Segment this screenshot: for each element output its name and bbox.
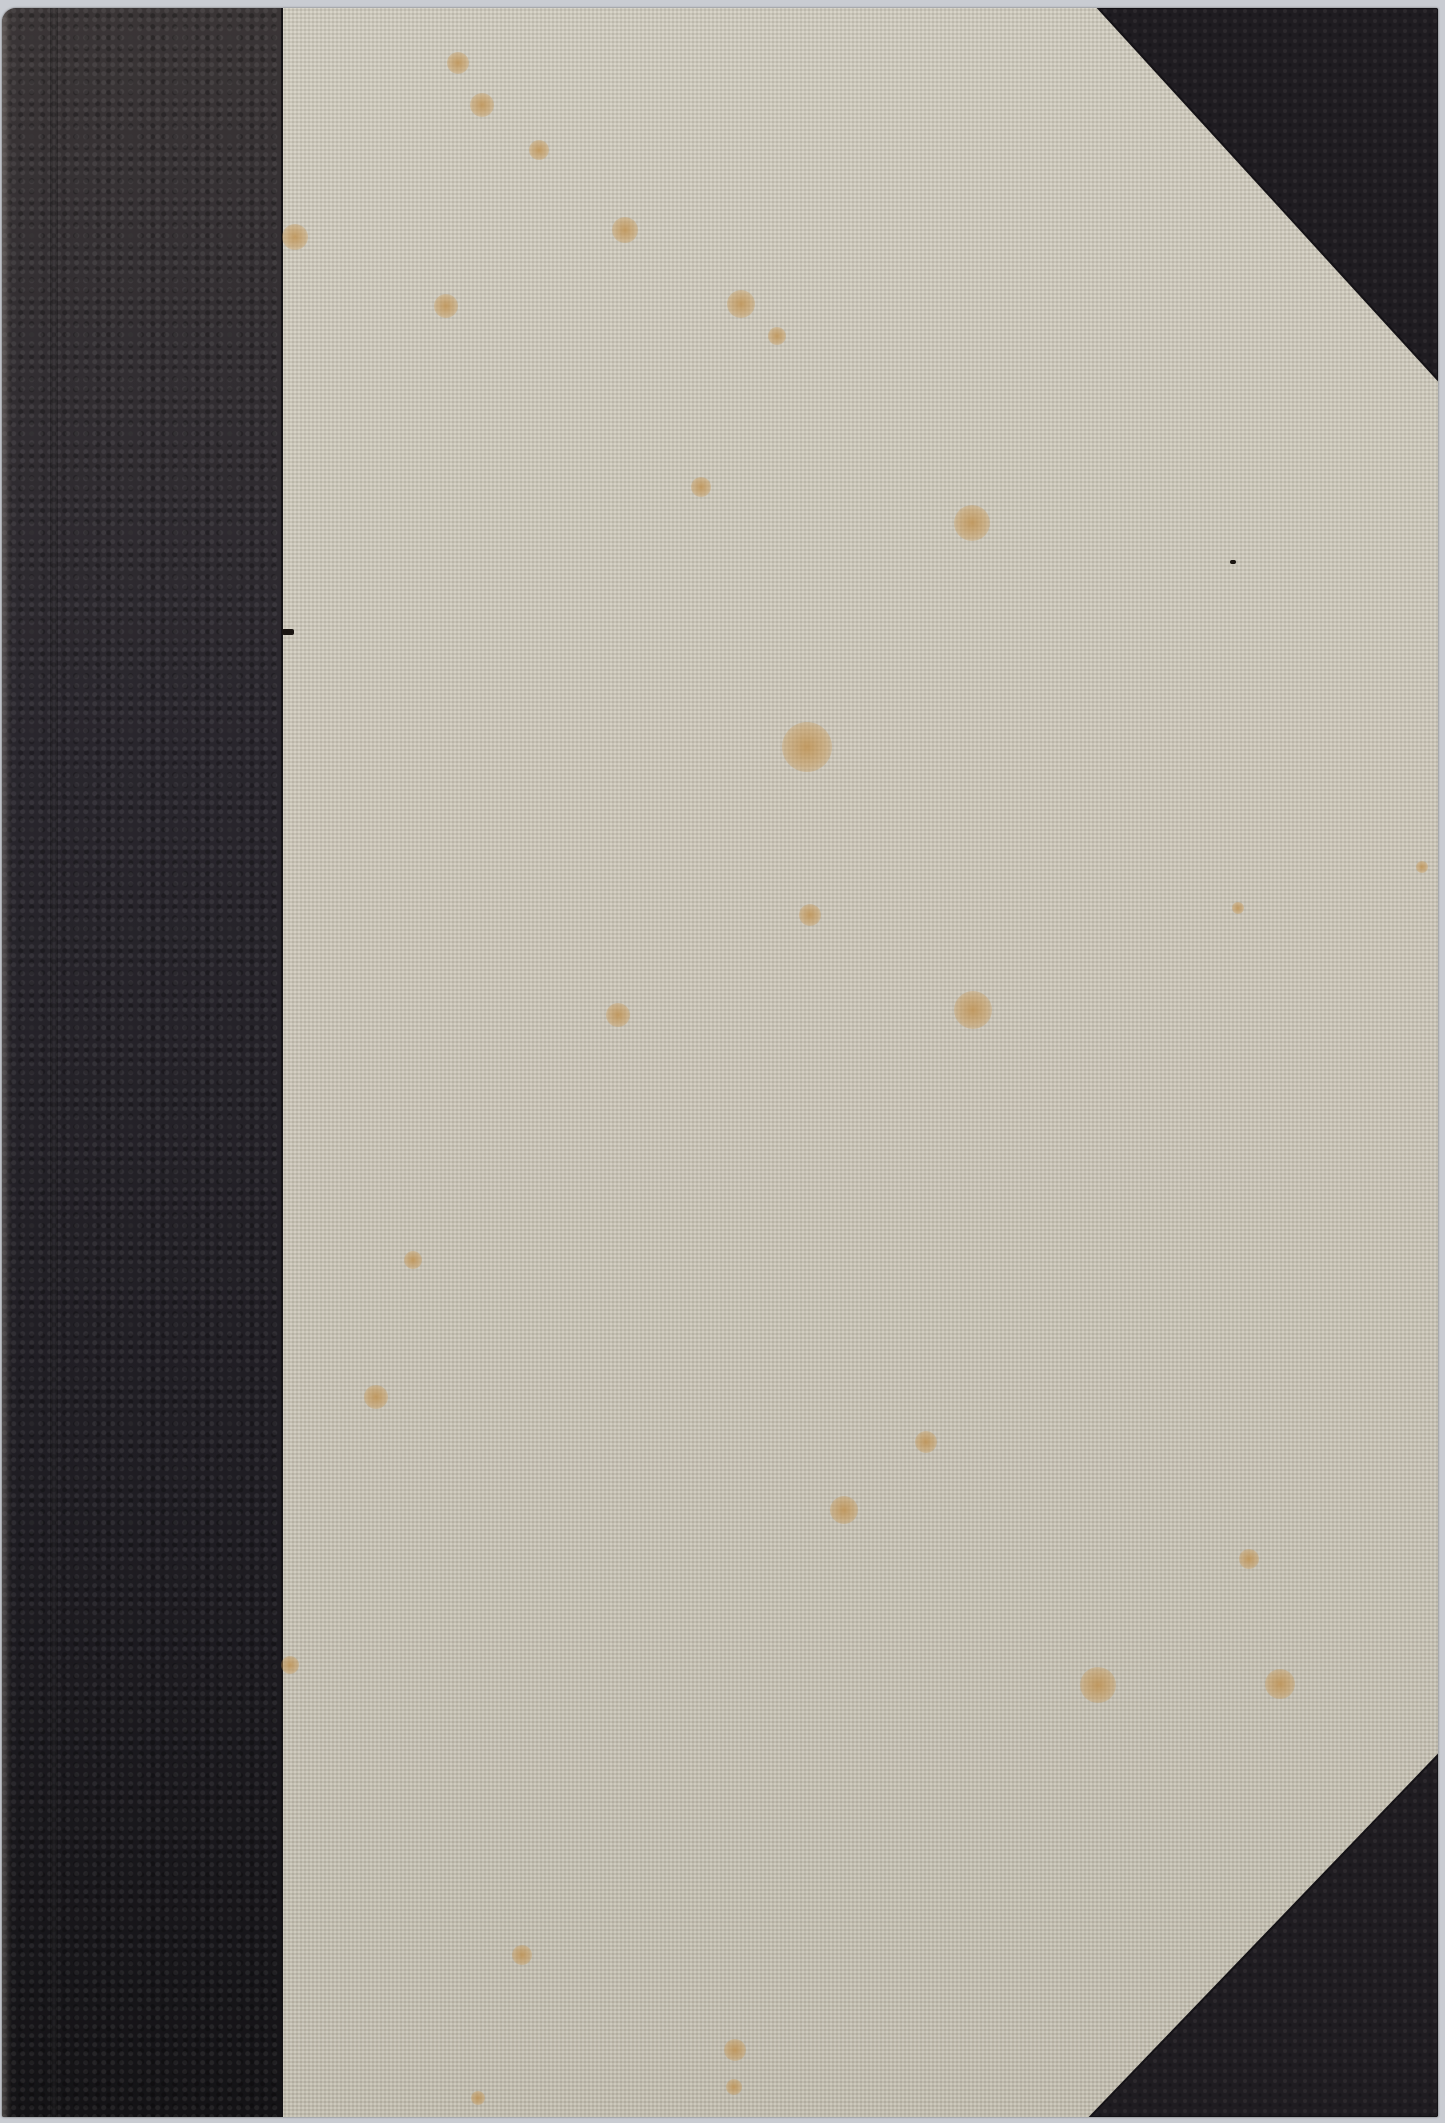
book-cover xyxy=(2,8,1438,2117)
leather-corners xyxy=(2,8,1438,2117)
corner-top-right xyxy=(1098,8,1438,380)
corner-bottom-right xyxy=(1090,1755,1438,2117)
